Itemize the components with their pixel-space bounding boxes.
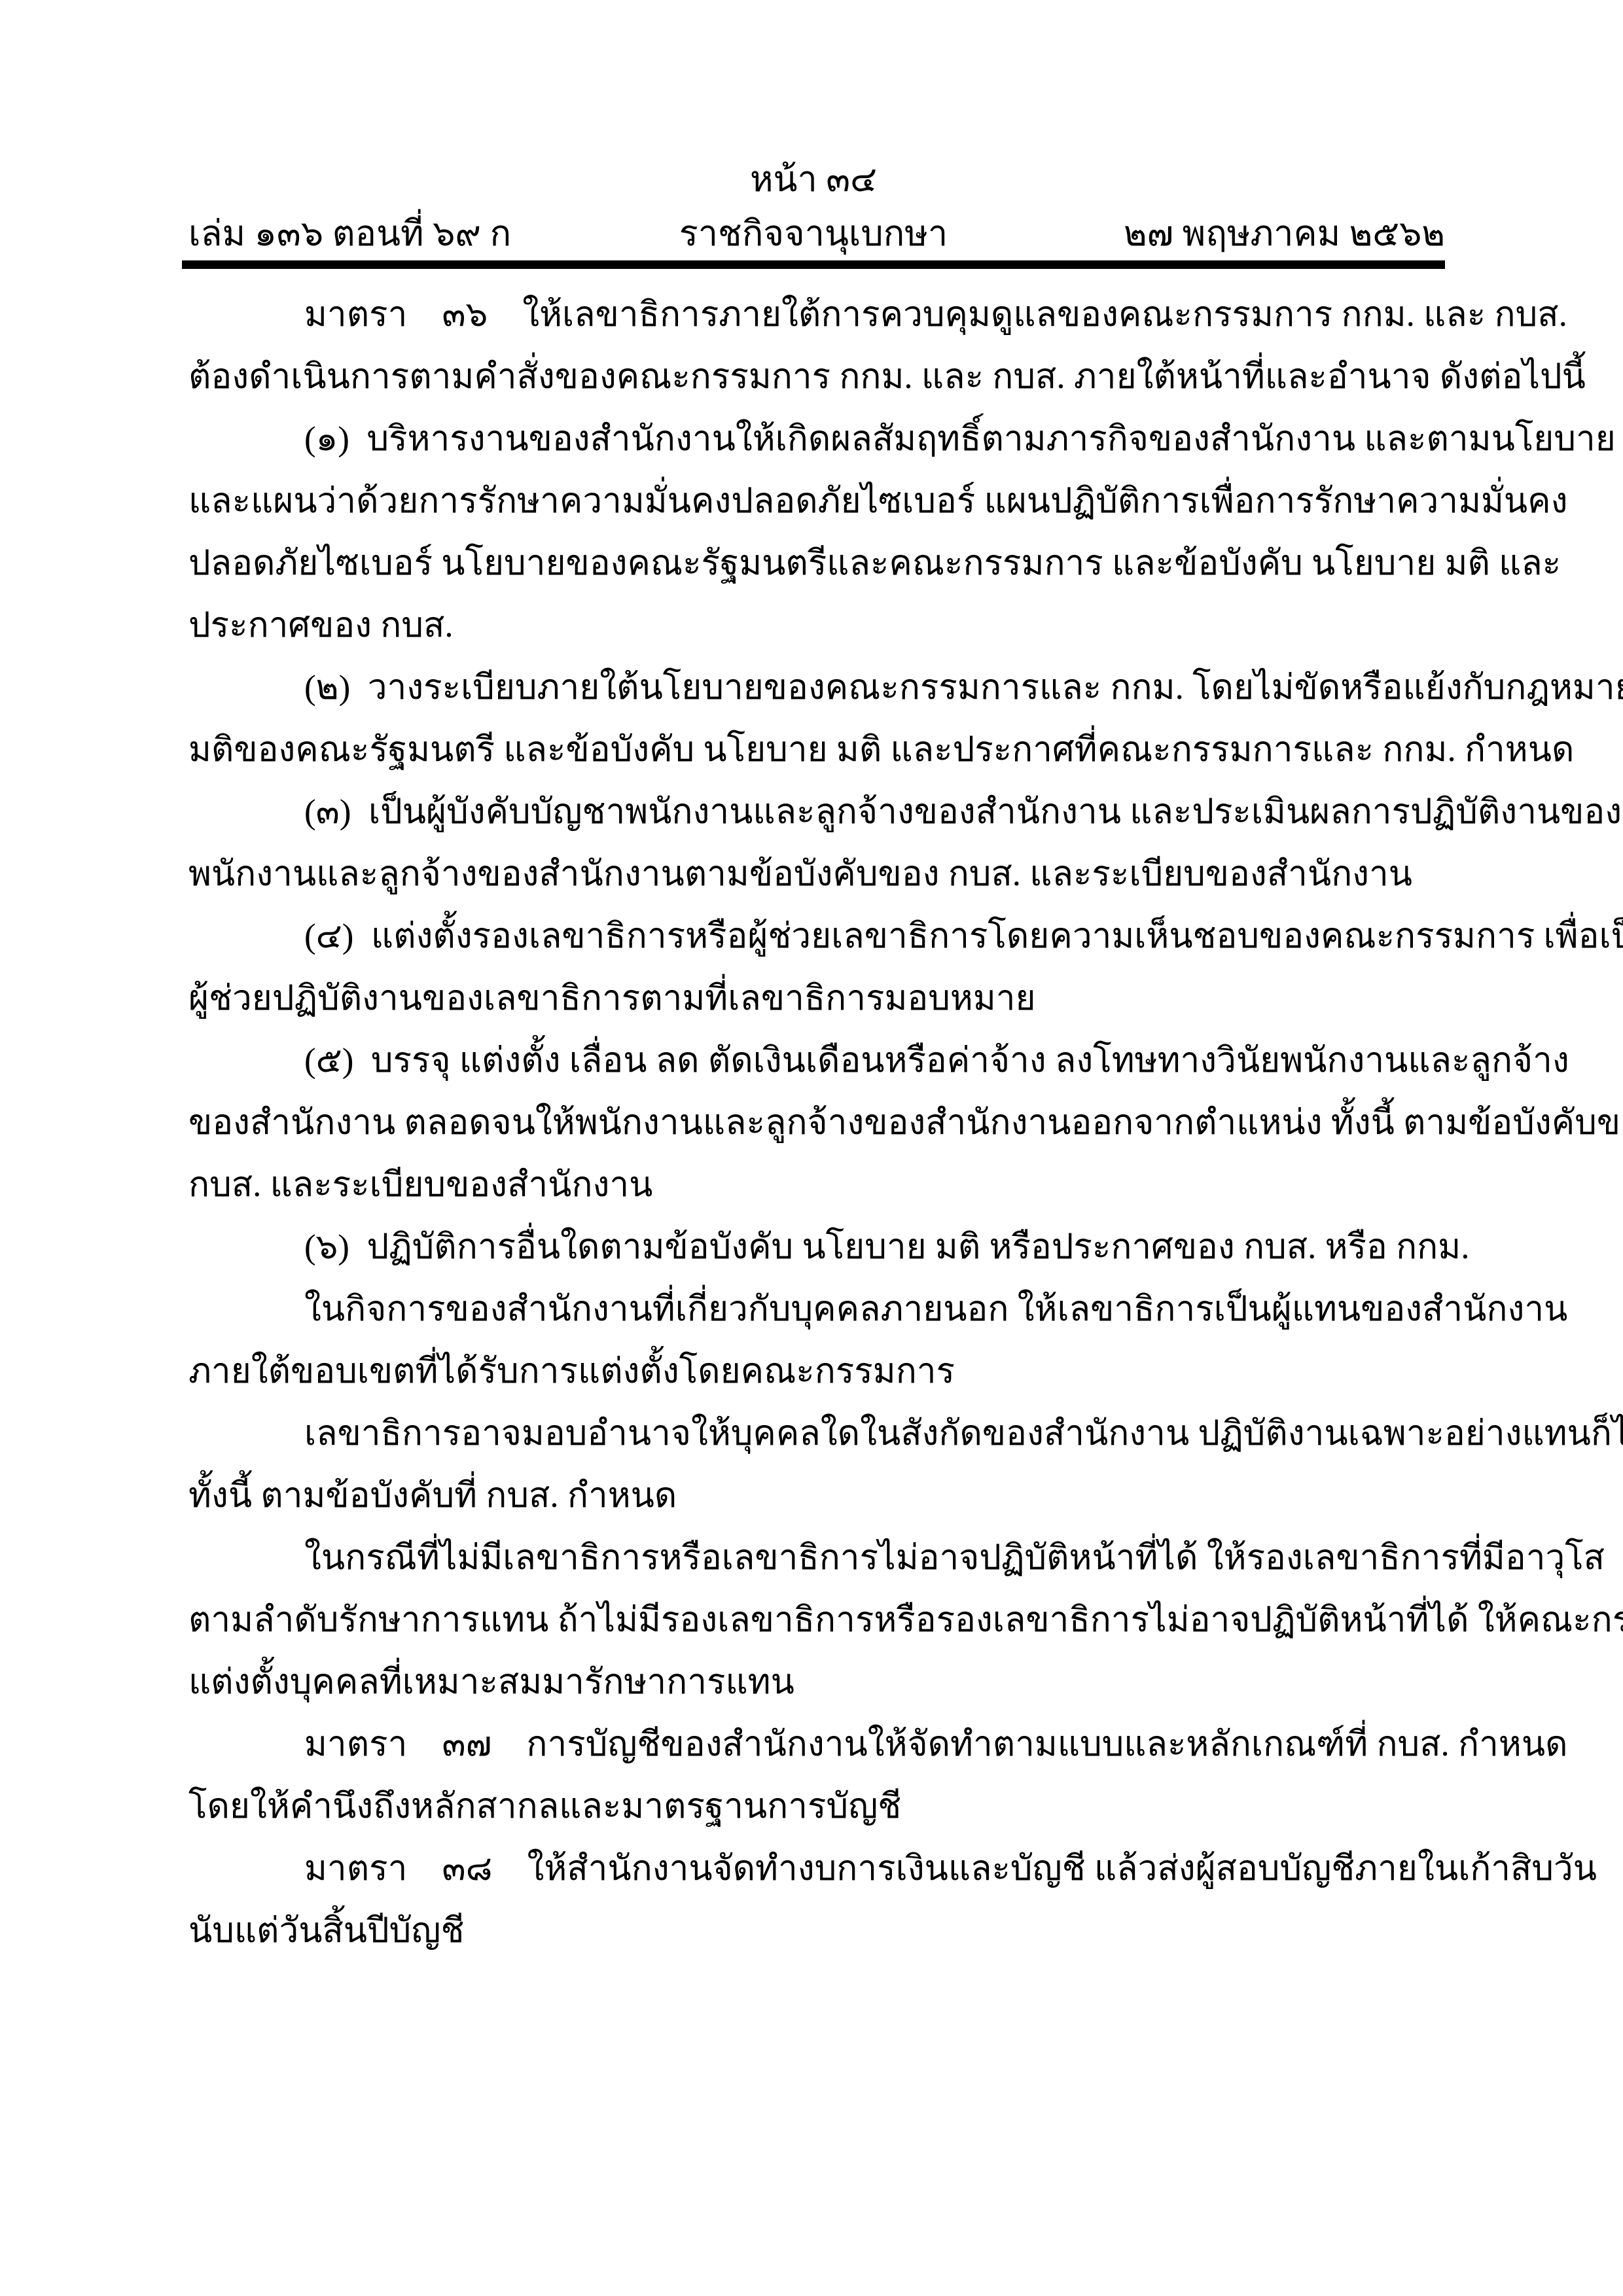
text-line: ประกาศของ กบส. <box>188 595 1436 657</box>
paragraph: (๑) บริหารงานของสำนักงานให้เกิดผลสัมฤทธิ… <box>188 408 1436 657</box>
text-line: (๔) แต่งตั้งรองเลขาธิการหรือผู้ช่วยเลขาธ… <box>188 906 1436 968</box>
text-line: (๕) บรรจุ แต่งตั้ง เลื่อน ลด ตัดเงินเดือ… <box>188 1030 1436 1092</box>
text-line: ภายใต้ขอบเขตที่ได้รับการแต่งตั้งโดยคณะกร… <box>188 1341 1436 1403</box>
text-line: นับแต่วันสิ้นปีบัญชี <box>188 1900 1436 1962</box>
text-line: ผู้ช่วยปฏิบัติงานของเลขาธิการตามที่เลขาธ… <box>188 968 1436 1030</box>
text-line: ตามลำดับรักษาการแทน ถ้าไม่มีรองเลขาธิการ… <box>188 1589 1436 1651</box>
text-line: ในกิจการของสำนักงานที่เกี่ยวกับบุคคลภายน… <box>188 1279 1436 1341</box>
header-divider-rule <box>182 260 1445 269</box>
paragraph: มาตรา ๓๖ ให้เลขาธิการภายใต้การควบคุมดูแล… <box>188 284 1436 408</box>
publication-date: ๒๗ พฤษภาคม ๒๕๖๒ <box>1124 207 1445 260</box>
text-line: แต่งตั้งบุคคลที่เหมาะสมมารักษาการแทน <box>188 1651 1436 1714</box>
text-line: (๒) วางระเบียบภายใต้นโยบายของคณะกรรมการแ… <box>188 657 1436 719</box>
paragraph: (๔) แต่งตั้งรองเลขาธิการหรือผู้ช่วยเลขาธ… <box>188 906 1436 1030</box>
paragraph: ในกิจการของสำนักงานที่เกี่ยวกับบุคคลภายน… <box>188 1279 1436 1403</box>
gazette-page: หน้า ๓๔ เล่ม ๑๓๖ ตอนที่ ๖๙ ก ราชกิจจานุเ… <box>0 0 1623 2296</box>
paragraph: (๖) ปฏิบัติการอื่นใดตามข้อบังคับ นโยบาย … <box>188 1216 1436 1279</box>
paragraph: (๒) วางระเบียบภายใต้นโยบายของคณะกรรมการแ… <box>188 657 1436 781</box>
text-line: ในกรณีที่ไม่มีเลขาธิการหรือเลขาธิการไม่อ… <box>188 1527 1436 1589</box>
gazette-header-row: เล่ม ๑๓๖ ตอนที่ ๖๙ ก ราชกิจจานุเบกษา ๒๗ … <box>182 207 1445 260</box>
text-line: มติของคณะรัฐมนตรี และข้อบังคับ นโยบาย มต… <box>188 719 1436 781</box>
paragraph: ในกรณีที่ไม่มีเลขาธิการหรือเลขาธิการไม่อ… <box>188 1527 1436 1714</box>
text-line: และแผนว่าด้วยการรักษาความมั่นคงปลอดภัยไซ… <box>188 470 1436 533</box>
text-line: ทั้งนี้ ตามข้อบังคับที่ กบส. กำหนด <box>188 1465 1436 1527</box>
paragraph: เลขาธิการอาจมอบอำนาจให้บุคคลใดในสังกัดขอ… <box>188 1403 1436 1527</box>
text-line: มาตรา ๓๘ ให้สำนักงานจัดทำงบการเงินและบัญ… <box>188 1838 1436 1900</box>
text-line: โดยให้คำนึงถึงหลักสากลและมาตรฐานการบัญชี <box>188 1776 1436 1838</box>
text-line: (๖) ปฏิบัติการอื่นใดตามข้อบังคับ นโยบาย … <box>188 1216 1436 1279</box>
text-line: ปลอดภัยไซเบอร์ นโยบายของคณะรัฐมนตรีและคณ… <box>188 533 1436 595</box>
text-line: มาตรา ๓๖ ให้เลขาธิการภายใต้การควบคุมดูแล… <box>188 284 1436 346</box>
page-number-label: หน้า ๓๔ <box>182 153 1445 205</box>
text-line: (๓) เป็นผู้บังคับบัญชาพนักงานและลูกจ้างข… <box>188 781 1436 843</box>
text-line: (๑) บริหารงานของสำนักงานให้เกิดผลสัมฤทธิ… <box>188 408 1436 470</box>
text-line: กบส. และระเบียบของสำนักงาน <box>188 1154 1436 1216</box>
text-line: เลขาธิการอาจมอบอำนาจให้บุคคลใดในสังกัดขอ… <box>188 1403 1436 1465</box>
text-line: มาตรา ๓๗ การบัญชีของสำนักงานให้จัดทำตามแ… <box>188 1714 1436 1776</box>
text-line: พนักงานและลูกจ้างของสำนักงานตามข้อบังคับ… <box>188 843 1436 906</box>
document-body: มาตรา ๓๖ ให้เลขาธิการภายใต้การควบคุมดูแล… <box>188 284 1436 1962</box>
text-line: ของสำนักงาน ตลอดจนให้พนักงานและลูกจ้างขอ… <box>188 1092 1436 1154</box>
paragraph: มาตรา ๓๘ ให้สำนักงานจัดทำงบการเงินและบัญ… <box>188 1838 1436 1962</box>
paragraph: (๕) บรรจุ แต่งตั้ง เลื่อน ลด ตัดเงินเดือ… <box>188 1030 1436 1216</box>
text-line: ต้องดำเนินการตามคำสั่งของคณะกรรมการ กกม.… <box>188 346 1436 408</box>
paragraph: (๓) เป็นผู้บังคับบัญชาพนักงานและลูกจ้างข… <box>188 781 1436 906</box>
paragraph: มาตรา ๓๗ การบัญชีของสำนักงานให้จัดทำตามแ… <box>188 1714 1436 1838</box>
